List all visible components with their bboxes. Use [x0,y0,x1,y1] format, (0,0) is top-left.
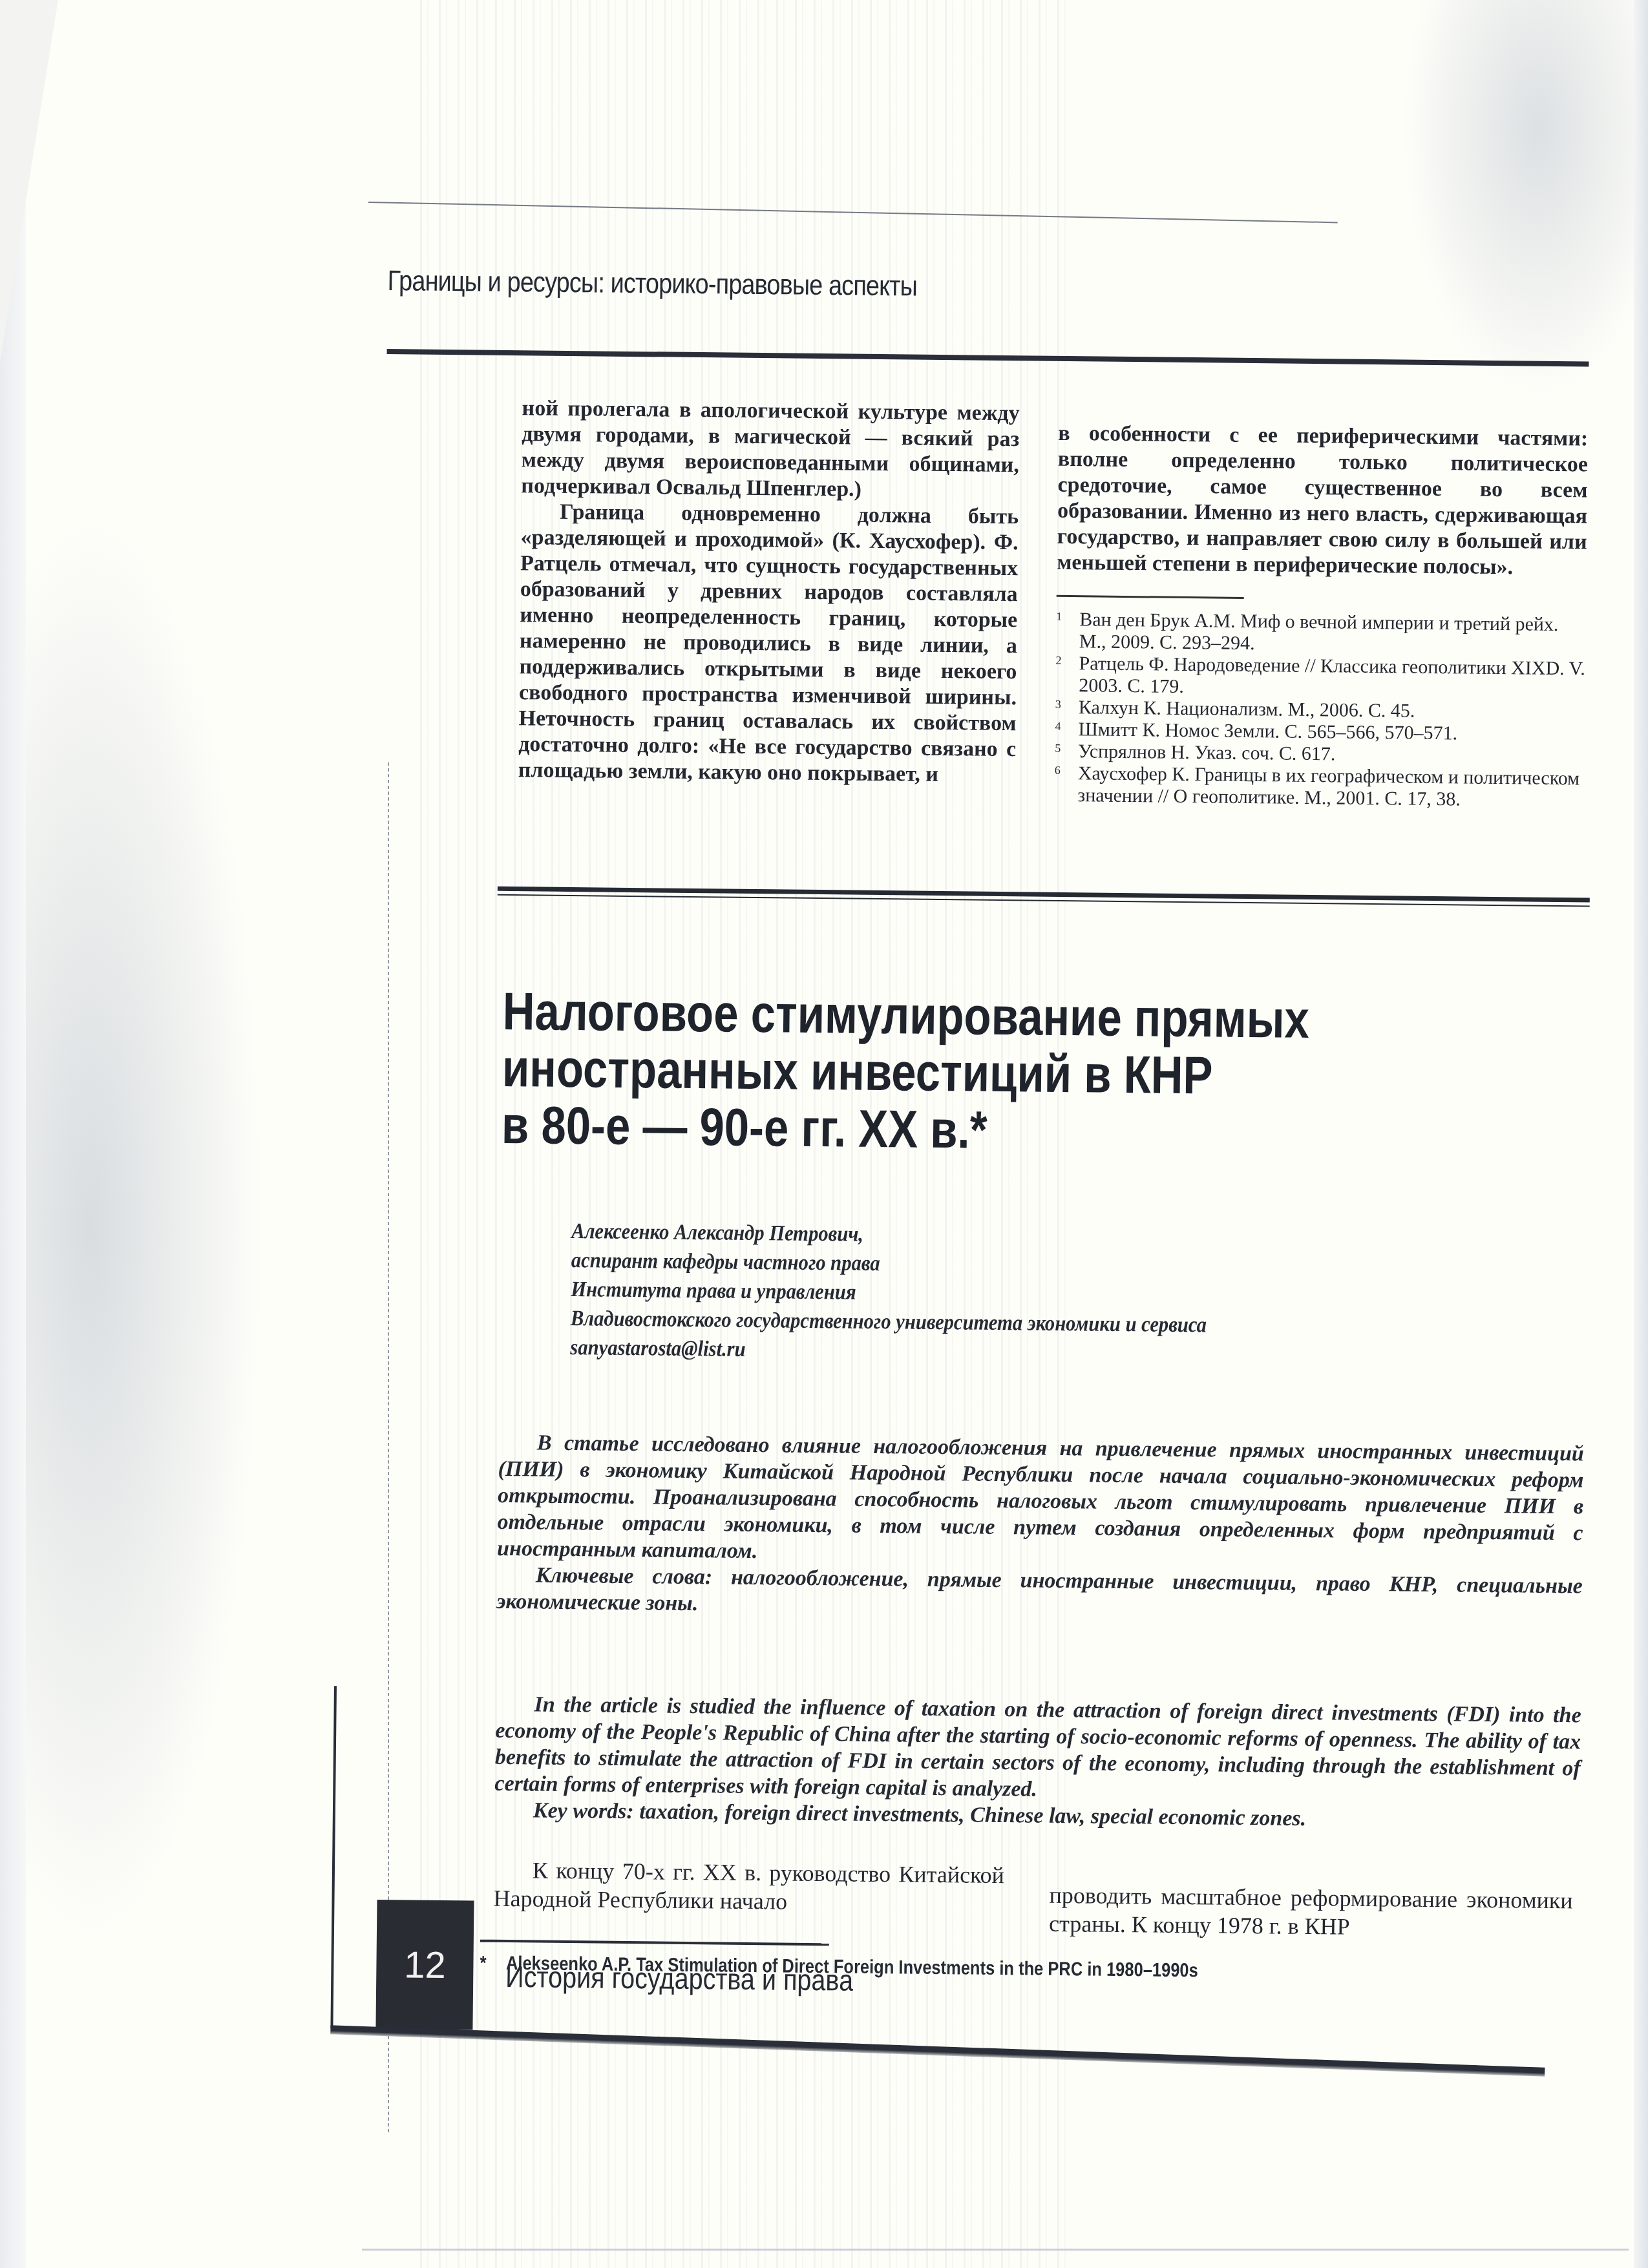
journal-page: Границы и ресурсы: историко-правовые асп… [368,265,1596,2151]
title-line: Налоговое стимулирование прямых [502,983,1263,1048]
footnote-text: Хаусхофер К. Границы в их географическом… [1077,762,1585,812]
underlying-sheet-edge [362,2249,1629,2251]
abstract-en-text: In the article is studied the influence … [494,1691,1581,1809]
keywords-ru-label: Ключевые слова: [536,1564,713,1590]
article-title: Налоговое стимулирование прямых иностран… [502,983,1263,1162]
body-left-column: К концу 70-х гг. XX в. руководство Китай… [493,1856,1004,1918]
title-line: иностранных инвестиций в КНР [502,1040,1263,1105]
footnote-text: Ван ден Брук А.М. Миф о вечной империи и… [1079,609,1587,658]
body-paragraph: проводить масштабное реформирование экон… [1049,1881,1573,1943]
author-block: Алексеенко Александр Петрович, аспирант … [570,1217,1502,1372]
footnote-number: 2 [1055,653,1079,697]
asterisk-marker: * [480,1953,486,1974]
page-number-box: 12 [375,1900,474,2030]
body-paragraph: К концу 70-х гг. XX в. руководство Китай… [493,1856,1004,1918]
body-right-column: проводить масштабное реформирование экон… [1049,1881,1573,1943]
scanner-right-edge [1634,0,1648,2268]
prev-article-right-column: в особенности с ее периферическими частя… [1054,421,1588,812]
footnote: 6 Хаусхофер К. Границы в их географическ… [1054,762,1585,812]
footnotes-list: 1 Ван ден Брук А.М. Миф о вечной империи… [1054,609,1586,812]
footnote-number: 6 [1054,762,1078,806]
footer-rule [330,2025,1545,2077]
prev-paragraph-3: в особенности с ее периферическими частя… [1057,421,1588,582]
prev-paragraph-2: Граница одновременно должна быть «раздел… [518,499,1019,788]
header-rule [387,349,1589,366]
footnote-number: 5 [1055,740,1078,762]
scanner-corner-shadow [0,0,58,362]
footnote-number: 1 [1056,609,1080,653]
keywords-en-text: taxation, foreign direct investments, Ch… [634,1800,1307,1831]
abstract-english: In the article is studied the influence … [494,1691,1581,1835]
footnote: 1 Ван ден Брук А.М. Миф о вечной империи… [1056,609,1587,658]
footnote-text: Ратцель Ф. Народоведение // Классика гео… [1079,653,1586,702]
page-number: 12 [404,1943,446,1987]
footnote: 2 Ратцель Ф. Народоведение // Классика г… [1055,653,1586,702]
footnote-number: 4 [1055,719,1078,740]
footnote-number: 3 [1055,697,1079,719]
title-footnote-separator [480,1940,829,1946]
journal-name: История государства и права [505,1959,853,1998]
abstract-ru-text: В статье исследовано влияние налогооблож… [497,1429,1584,1573]
keywords-en-label: Key words: [533,1798,634,1823]
prev-article-left-column: ной пролегала в апологической культуре м… [518,395,1020,788]
prev-paragraph-1: ной пролегала в апологической культуре м… [521,395,1020,504]
abstract-russian: В статье исследовано влияние налогооблож… [496,1429,1584,1626]
footnote-separator [1057,595,1244,599]
title-line: в 80-е — 90-е гг. XX в.* [502,1097,1262,1162]
keywords-ru: Ключевые слова: налогообложение, прямые … [496,1562,1583,1626]
